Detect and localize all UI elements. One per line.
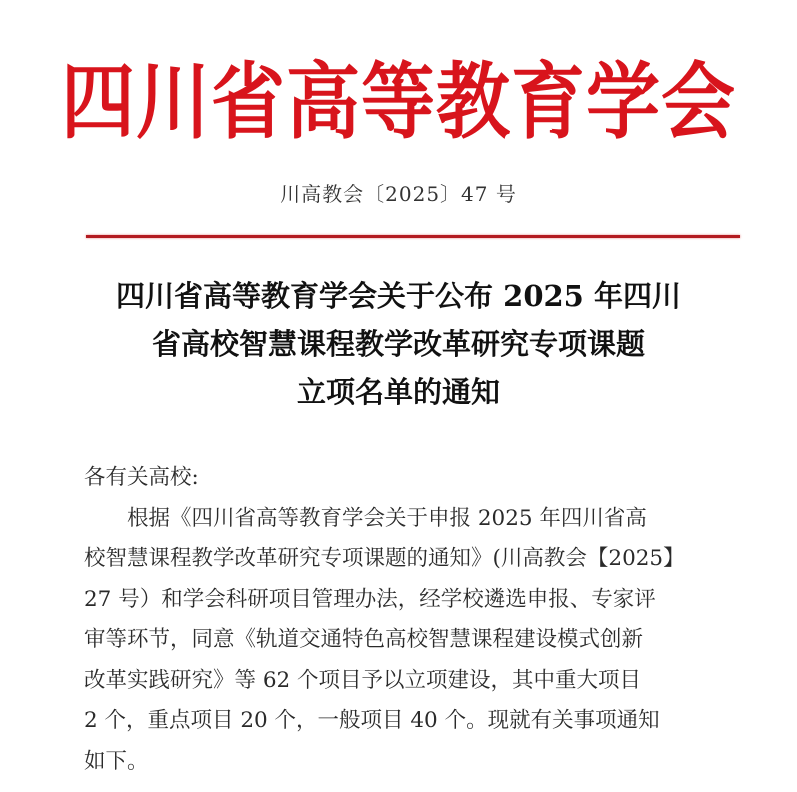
body-line: 审等环节，同意《轨道交通特色高校智慧课程建设模式创新 xyxy=(84,620,724,661)
notice-title: 四川省高等教育学会关于公布 2025 年四川 省高校智慧课程教学改革研究专项课题… xyxy=(60,272,737,416)
body-line: 27 号）和学会科研项目管理办法，经学校遴选申报、专家评 xyxy=(84,580,724,621)
body-line: 2 个，重点项目 20 个，一般项目 40 个。现就有关事项通知 xyxy=(84,701,724,742)
body-line: 如下。 xyxy=(84,742,724,783)
masthead-org-name: 四川省高等教育学会 xyxy=(0,52,797,153)
red-divider-rule xyxy=(86,235,740,238)
title-line: 四川省高等教育学会关于公布 2025 年四川 xyxy=(60,272,737,320)
title-line: 立项名单的通知 xyxy=(60,368,737,416)
body-line: 校智慧课程教学改革研究专项课题的通知》(川高教会【2025】 xyxy=(84,539,724,580)
salutation: 各有关高校: xyxy=(84,458,724,499)
body-line: 根据《四川省高等教育学会关于申报 2025 年四川省高 xyxy=(84,499,724,540)
notice-body: 各有关高校: 根据《四川省高等教育学会关于申报 2025 年四川省高 校智慧课程… xyxy=(84,458,724,782)
document-number: 川高教会〔2025〕47 号 xyxy=(0,180,797,208)
body-line: 改革实践研究》等 62 个项目予以立项建设，其中重大项目 xyxy=(84,661,724,702)
title-line: 省高校智慧课程教学改革研究专项课题 xyxy=(60,320,737,368)
